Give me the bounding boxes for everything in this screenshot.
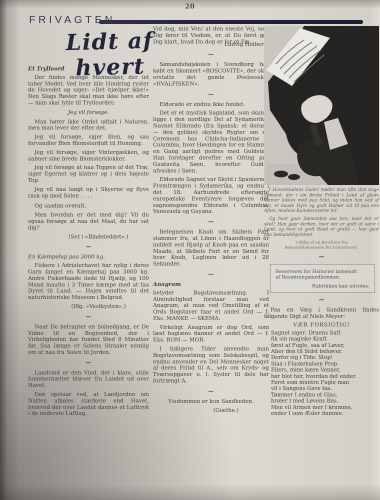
boot-right xyxy=(288,174,300,180)
section-divider: — xyxy=(153,220,269,225)
poem-intro: Paa en Væg i Sandkroen findes følgende D… xyxy=(264,307,379,320)
reserved-notice-box: Reserveret for Historier indsendt af Bes… xyxy=(270,264,375,293)
paragraph: Naar De betragter en Solnedgang, er De V… xyxy=(28,324,149,356)
quote-goethe-author: (Goethe.) xyxy=(183,407,269,413)
poem-line: ender I som Æsler dumme. xyxy=(271,410,379,416)
paragraph: Og saadan overalt. xyxy=(28,203,149,209)
header-rule xyxy=(99,20,363,24)
caption-paragraph: Og hvor gaar Sømanden saa hen, naar det … xyxy=(264,216,379,237)
source-note: (Iflg. »Vestkysten«.) xyxy=(48,303,149,309)
section-divider: — xyxy=(28,314,149,319)
paragraph: Eldorado er endnu ikke fundet. xyxy=(153,101,269,107)
section-divider: — xyxy=(153,272,269,277)
paragraph: Fiskere i Adriaterhavet har nylig i dere… xyxy=(28,263,149,301)
poem-title: VÆR FORSIGTIG! xyxy=(264,322,379,328)
paragraph: Betegnelsen Knob om Skibets Fart stammer… xyxy=(153,229,269,267)
notice-note: Rubrikken kan udvides. xyxy=(276,283,370,289)
source-note: (Set i »Bindeleddet«.) xyxy=(48,234,149,240)
section-divider: — xyxy=(28,360,149,365)
caption-paragraph: I Hovedstadens Gader møder man ofte den … xyxy=(264,188,379,214)
paragraph: Sømandshøjskolen i Svendborg har købt en… xyxy=(153,62,269,88)
section-heading-trylleord: Et Trylleord xyxy=(28,66,149,72)
paragraph: betyder Bogstavomsætning. I Almindelighe… xyxy=(153,290,269,322)
motto-line: Jeg vil forsøge. xyxy=(28,109,149,115)
middle-column: Vid dog, min Ven! at den eneste Vej, som… xyxy=(153,26,269,416)
paragraph: Jeg vil forsøge at naa Toppen af det Træ… xyxy=(28,165,149,184)
paragraph: Men hvordan er det med dig? Vil du ogsaa… xyxy=(28,212,149,231)
magazine-page: 20 FRIVAGTEN Lidt af hvert Et Trylleord … xyxy=(0,0,380,500)
section-divider: — xyxy=(264,298,379,303)
paragraph: Det er et mystisk Sagnland, som skulde l… xyxy=(153,110,269,174)
paragraph: Jeg vil forsøge, siger Vintergækken, og … xyxy=(28,149,149,162)
section-heading-anagram: Anagram xyxy=(153,281,269,287)
page-sheet: 20 FRIVAGTEN Lidt af hvert Et Trylleord … xyxy=(0,0,380,500)
section-divider: — xyxy=(28,245,149,250)
boot-left xyxy=(274,171,288,178)
paragraph: Eldorado Sagnet var Skyld i Spaniernes F… xyxy=(153,177,269,215)
illustration-clipping xyxy=(264,26,379,185)
page-number: 20 xyxy=(0,3,380,11)
paragraph: Man hører ikke Ordet udtalt i Naturen, m… xyxy=(28,119,149,132)
section-divider: — xyxy=(153,52,269,57)
notice-line: af Besætningsmedlemmer. xyxy=(276,275,370,281)
credit-line: Sømandshjemmene for Letmatroser. xyxy=(264,245,379,250)
right-column: I Hovedstadens Gader møder man ofte den … xyxy=(264,26,379,417)
quote-goethe: Visdommen er kun Sandheden. xyxy=(153,398,269,404)
illustration-caption: I Hovedstadens Gader møder man ofte den … xyxy=(264,188,379,238)
caption-credit: Udklip af en Brochure fra Sømandshjemmen… xyxy=(264,240,379,250)
section-heading-shark: En Kæmpehaj paa 3000 kg. xyxy=(28,254,149,260)
paragraph: Den opstaar ved, at Landjorden om Natten… xyxy=(28,392,149,418)
paragraph: Jeg vil naa langt op i Skyerne og flyve … xyxy=(28,186,149,199)
paragraph: Virkeligt Anagram er dog Ord, som læst b… xyxy=(153,324,269,343)
paragraph: I tidligere Tider anvendte man Bogstavom… xyxy=(153,346,269,384)
section-divider: — xyxy=(264,254,379,259)
paragraph: Jeg vil forsøge, siger Bien, og saa forv… xyxy=(28,134,149,147)
left-column: Et Trylleord Der findes mange Mennesker,… xyxy=(28,65,149,420)
poem: Sagnet siger: Druens Saft fik sin magisk… xyxy=(271,330,379,417)
section-divider: — xyxy=(153,92,269,97)
section-divider: — xyxy=(153,389,269,394)
paragraph: Der findes mange Mennesker, der let tabe… xyxy=(28,74,149,106)
paragraph: Landvind er den Vind, der i klare, still… xyxy=(28,370,149,389)
